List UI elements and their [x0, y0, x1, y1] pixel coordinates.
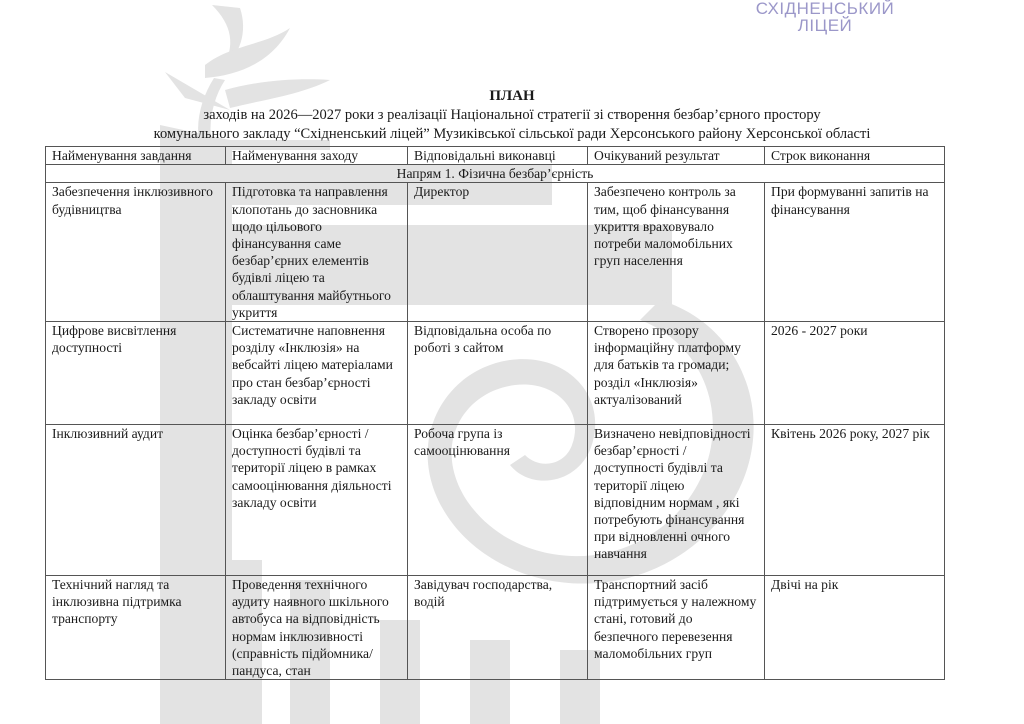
document-subtitle-line-1: заходів на 2026—2027 роки з реалізації Н…: [0, 106, 1024, 124]
cell-measure: Підготовка та направлення клопотань до з…: [226, 183, 408, 322]
cell-measure: Проведення технічного аудиту наявного шк…: [226, 576, 408, 680]
cell-deadline: При формуванні запитів на фінансування: [765, 183, 945, 322]
cell-responsible: Завідувач господарства, водій: [408, 576, 588, 680]
header-result: Очікуваний результат: [588, 147, 765, 165]
cell-task: Інклюзивний аудит: [46, 425, 226, 576]
cell-result: Забезпечено контроль за тим, щоб фінансу…: [588, 183, 765, 322]
cell-deadline: Двічі на рік: [765, 576, 945, 680]
cell-task: Технічний нагляд та інклюзивна підтримка…: [46, 576, 226, 680]
cell-responsible: Робоча група із самооцінювання: [408, 425, 588, 576]
table-row: Цифрове висвітлення доступності Системат…: [46, 322, 945, 425]
cell-result: Визначено невідповідності безбар’єрності…: [588, 425, 765, 576]
cell-deadline: 2026 - 2027 роки: [765, 322, 945, 425]
logo-line-1: СХІДНЕНСЬКИЙ: [745, 0, 905, 17]
section-title: Напрям 1. Фізична безбар’єрність: [46, 165, 945, 183]
cell-responsible: Відповідальна особа по роботі з сайтом: [408, 322, 588, 425]
table-row: Технічний нагляд та інклюзивна підтримка…: [46, 576, 945, 680]
table-header-row: Найменування завдання Найменування заход…: [46, 147, 945, 165]
table-row: Інклюзивний аудит Оцінка безбар’єрності …: [46, 425, 945, 576]
cell-result: Транспортний засіб підтримується у належ…: [588, 576, 765, 680]
school-logo-text: СХІДНЕНСЬКИЙ ЛІЦЕЙ: [745, 0, 905, 34]
header-responsible: Відповідальні виконавці: [408, 147, 588, 165]
cell-responsible: Директор: [408, 183, 588, 322]
header-task: Найменування завдання: [46, 147, 226, 165]
cell-task: Забезпечення інклюзивного будівництва: [46, 183, 226, 322]
section-row: Напрям 1. Фізична безбар’єрність: [46, 165, 945, 183]
plan-table: Найменування завдання Найменування заход…: [45, 146, 945, 680]
cell-task: Цифрове висвітлення доступності: [46, 322, 226, 425]
header-measure: Найменування заходу: [226, 147, 408, 165]
logo-line-2: ЛІЦЕЙ: [745, 17, 905, 34]
table-row: Забезпечення інклюзивного будівництва Пі…: [46, 183, 945, 322]
document-title: ПЛАН: [0, 87, 1024, 105]
document-subtitle-line-2: комунального закладу “Східненський ліцей…: [0, 125, 1024, 143]
header-deadline: Строк виконання: [765, 147, 945, 165]
cell-result: Створено прозору інформаційну платформу …: [588, 322, 765, 425]
cell-measure: Систематичне наповнення розділу «Інклюзі…: [226, 322, 408, 425]
cell-deadline: Квітень 2026 року, 2027 рік: [765, 425, 945, 576]
cell-measure: Оцінка безбар’єрності / доступності буді…: [226, 425, 408, 576]
